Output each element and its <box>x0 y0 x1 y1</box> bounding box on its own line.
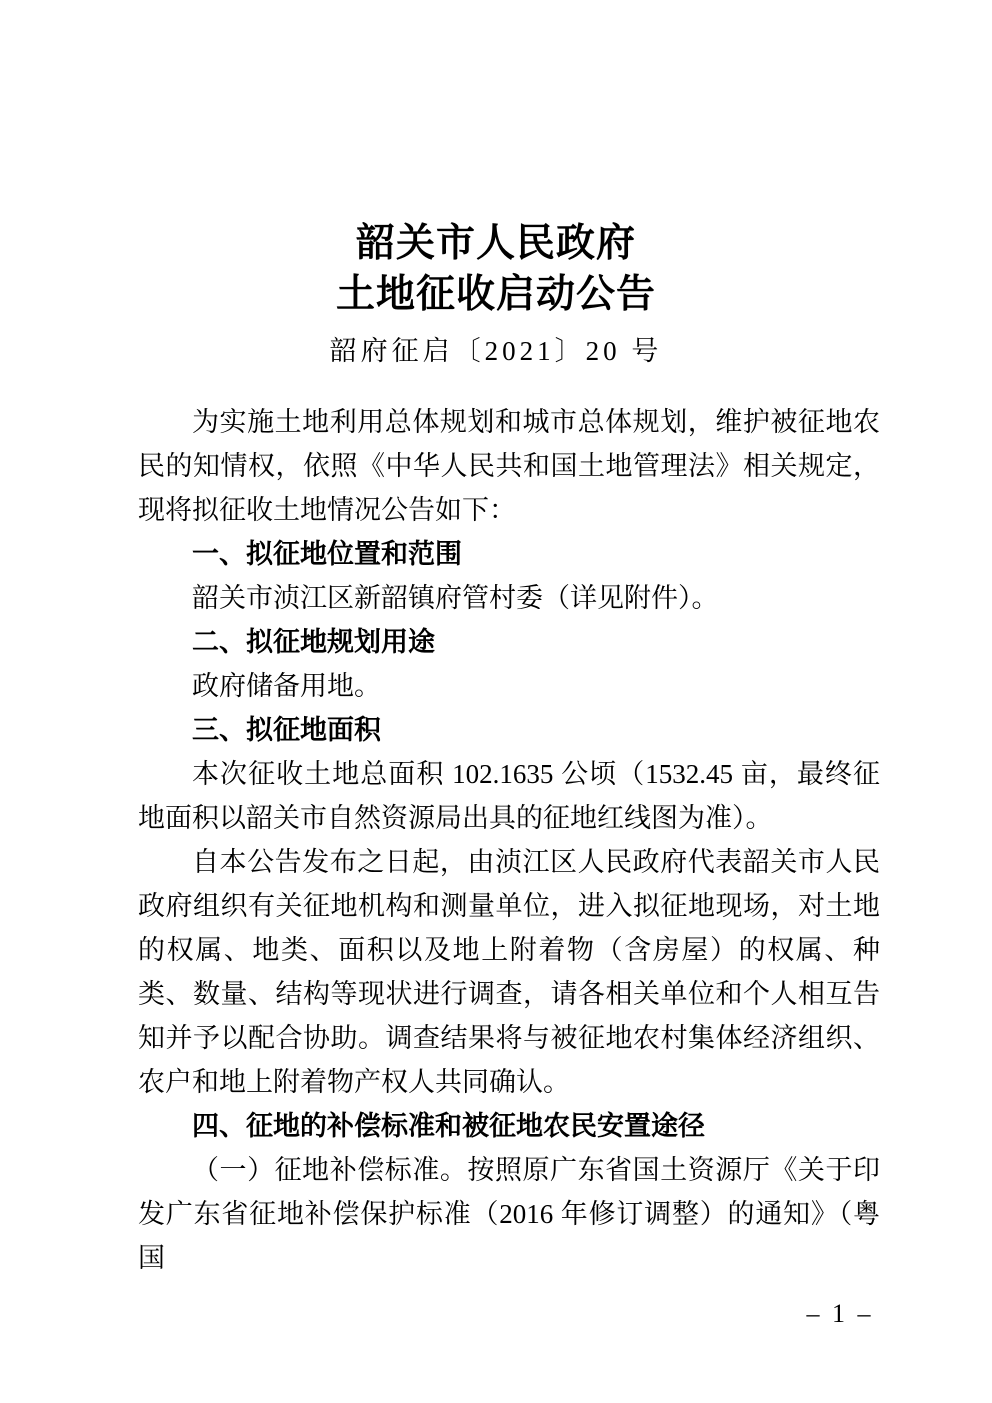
section-heading-3: 三、拟征地面积 <box>138 708 880 752</box>
section-heading-2: 二、拟征地规划用途 <box>138 620 880 664</box>
body-paragraph-planned-use: 政府储备用地。 <box>138 664 880 708</box>
section-heading-4: 四、征地的补偿标准和被征地农民安置途径 <box>138 1104 880 1148</box>
document-header: 韶关市人民政府 土地征收启动公告 韶府征启〔2021〕20 号 <box>0 218 992 367</box>
section-heading-1: 一、拟征地位置和范围 <box>138 532 880 576</box>
body-paragraph-compensation: （一）征地补偿标准。按照原广东省国土资源厅《关于印发广东省征地补偿保护标准（20… <box>138 1148 880 1280</box>
body-paragraph-intro: 为实施土地利用总体规划和城市总体规划，维护被征地农民的知情权，依照《中华人民共和… <box>138 400 880 532</box>
document-title-line2: 土地征收启动公告 <box>0 269 992 320</box>
page-number: – 1 – <box>800 1299 880 1329</box>
document-page: 韶关市人民政府 土地征收启动公告 韶府征启〔2021〕20 号 为实施土地利用总… <box>0 0 992 1403</box>
body-paragraph-location: 韶关市浈江区新韶镇府管村委（详见附件）。 <box>138 576 880 620</box>
body-paragraph-survey: 自本公告发布之日起，由浈江区人民政府代表韶关市人民政府组织有关征地机构和测量单位… <box>138 840 880 1104</box>
document-body: 为实施土地利用总体规划和城市总体规划，维护被征地农民的知情权，依照《中华人民共和… <box>138 400 880 1280</box>
document-number: 韶府征启〔2021〕20 号 <box>0 335 992 367</box>
document-title-line1: 韶关市人民政府 <box>0 218 992 269</box>
body-paragraph-area: 本次征收土地总面积 102.1635 公顷（1532.45 亩，最终征地面积以韶… <box>138 752 880 840</box>
